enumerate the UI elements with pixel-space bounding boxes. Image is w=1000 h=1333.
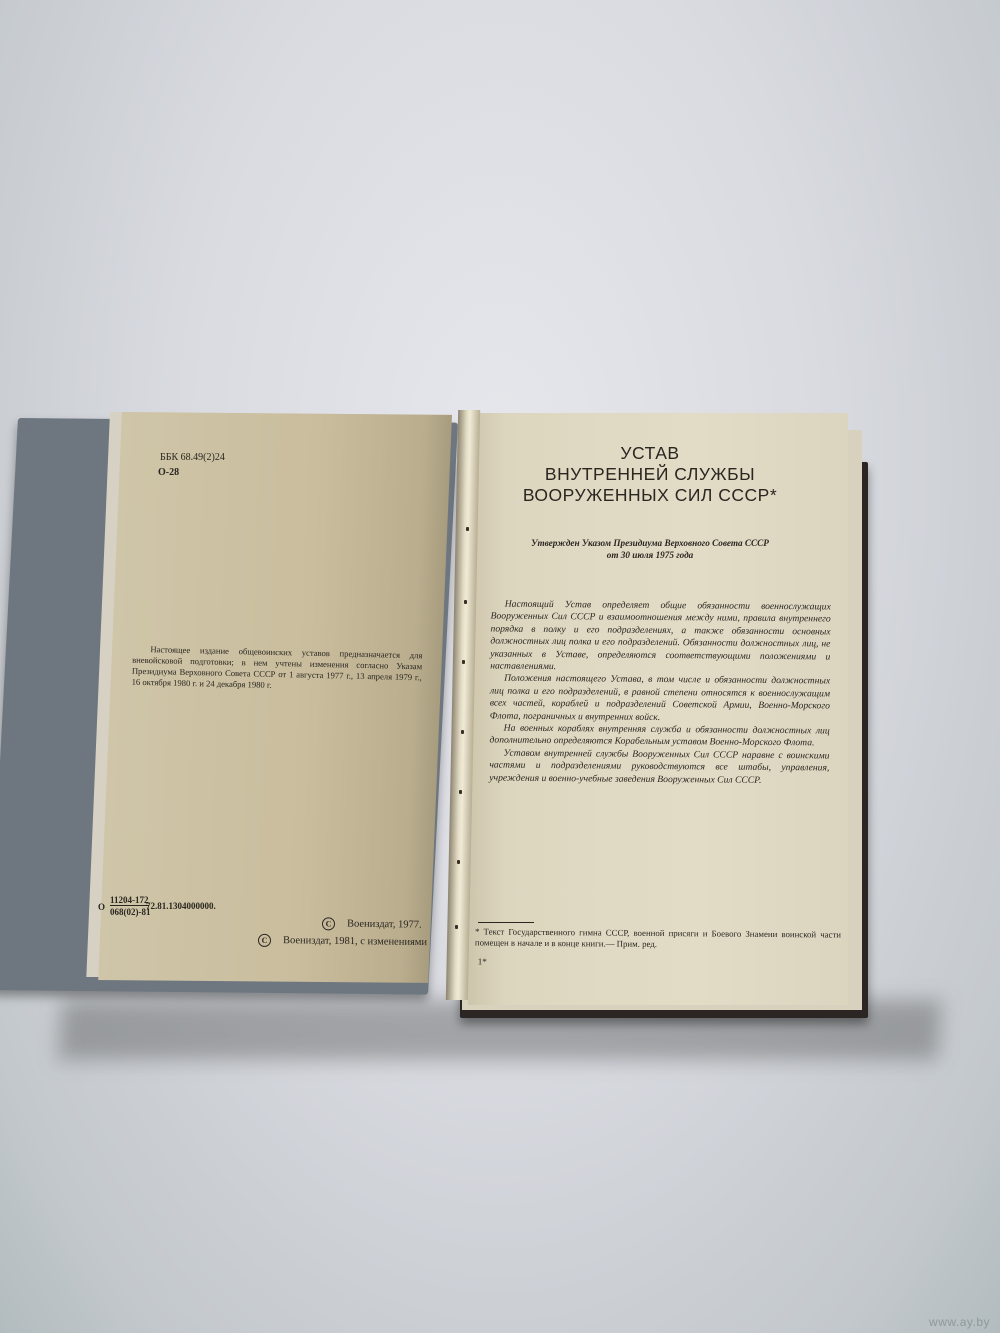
copyright-1977: CВоениздат, 1977. <box>322 917 422 931</box>
paragraph: Настоящий Устав определяет общие обязанн… <box>490 599 831 676</box>
footnote: * Текст Государственного гимна СССР, вое… <box>475 926 841 951</box>
binding-stitch <box>464 600 467 604</box>
book-title: УСТАВ ВНУТРЕННЕЙ СЛУЖБЫ ВООРУЖЕННЫХ СИЛ … <box>500 443 800 506</box>
binding-stitch <box>461 730 464 734</box>
copyright-icon: C <box>322 917 335 930</box>
footnote-divider <box>478 922 534 923</box>
signature-mark: 1* <box>478 956 487 967</box>
binding-stitch <box>455 925 458 929</box>
index-suffix: 72.81.1304000000. <box>146 901 216 911</box>
author-code: О-28 <box>158 467 179 478</box>
copyright-1981: CВоениздат, 1981, с изменениями <box>258 934 427 949</box>
index-denominator: 068(02)-81 <box>110 907 151 917</box>
bbk-classification: ББК 68.49(2)24 <box>160 452 225 463</box>
edition-note: Настоящее издание общевоинских уставов п… <box>132 644 423 695</box>
site-watermark: www.ay.by <box>929 1315 990 1329</box>
title-line: УСТАВ <box>500 443 800 464</box>
approval-line-2: от 30 июля 1975 года <box>500 549 800 561</box>
footnote-text: * Текст Государственного гимна СССР, вое… <box>475 926 841 949</box>
index-numerator: 11204-172 <box>110 895 149 906</box>
approval-note: Утвержден Указом Президиума Верховного С… <box>500 537 800 561</box>
paragraph: На военных кораблях внутренняя служба и … <box>490 723 830 751</box>
paragraph: Уставом внутренней службы Вооруженных Си… <box>489 747 829 787</box>
copyright-1977-text: Воениздат, 1977. <box>347 919 422 931</box>
approval-line-1: Утвержден Указом Президиума Верховного С… <box>500 537 800 549</box>
binding-stitch <box>466 527 469 531</box>
index-prefix: О <box>98 902 105 912</box>
copyright-1981-text: Воениздат, 1981, с изменениями <box>283 935 427 948</box>
binding-stitch <box>459 790 462 794</box>
title-line: ВООРУЖЕННЫХ СИЛ СССР* <box>500 485 800 506</box>
left-page <box>98 412 452 983</box>
paragraph: Положения настоящего Устава, в том числе… <box>490 673 830 726</box>
binding-stitch <box>457 860 460 864</box>
preamble-text: Настоящий Устав определяет общие обязанн… <box>489 599 831 788</box>
title-line: ВНУТРЕННЕЙ СЛУЖБЫ <box>500 464 800 485</box>
copyright-icon: C <box>258 934 271 947</box>
binding-stitch <box>462 660 465 664</box>
